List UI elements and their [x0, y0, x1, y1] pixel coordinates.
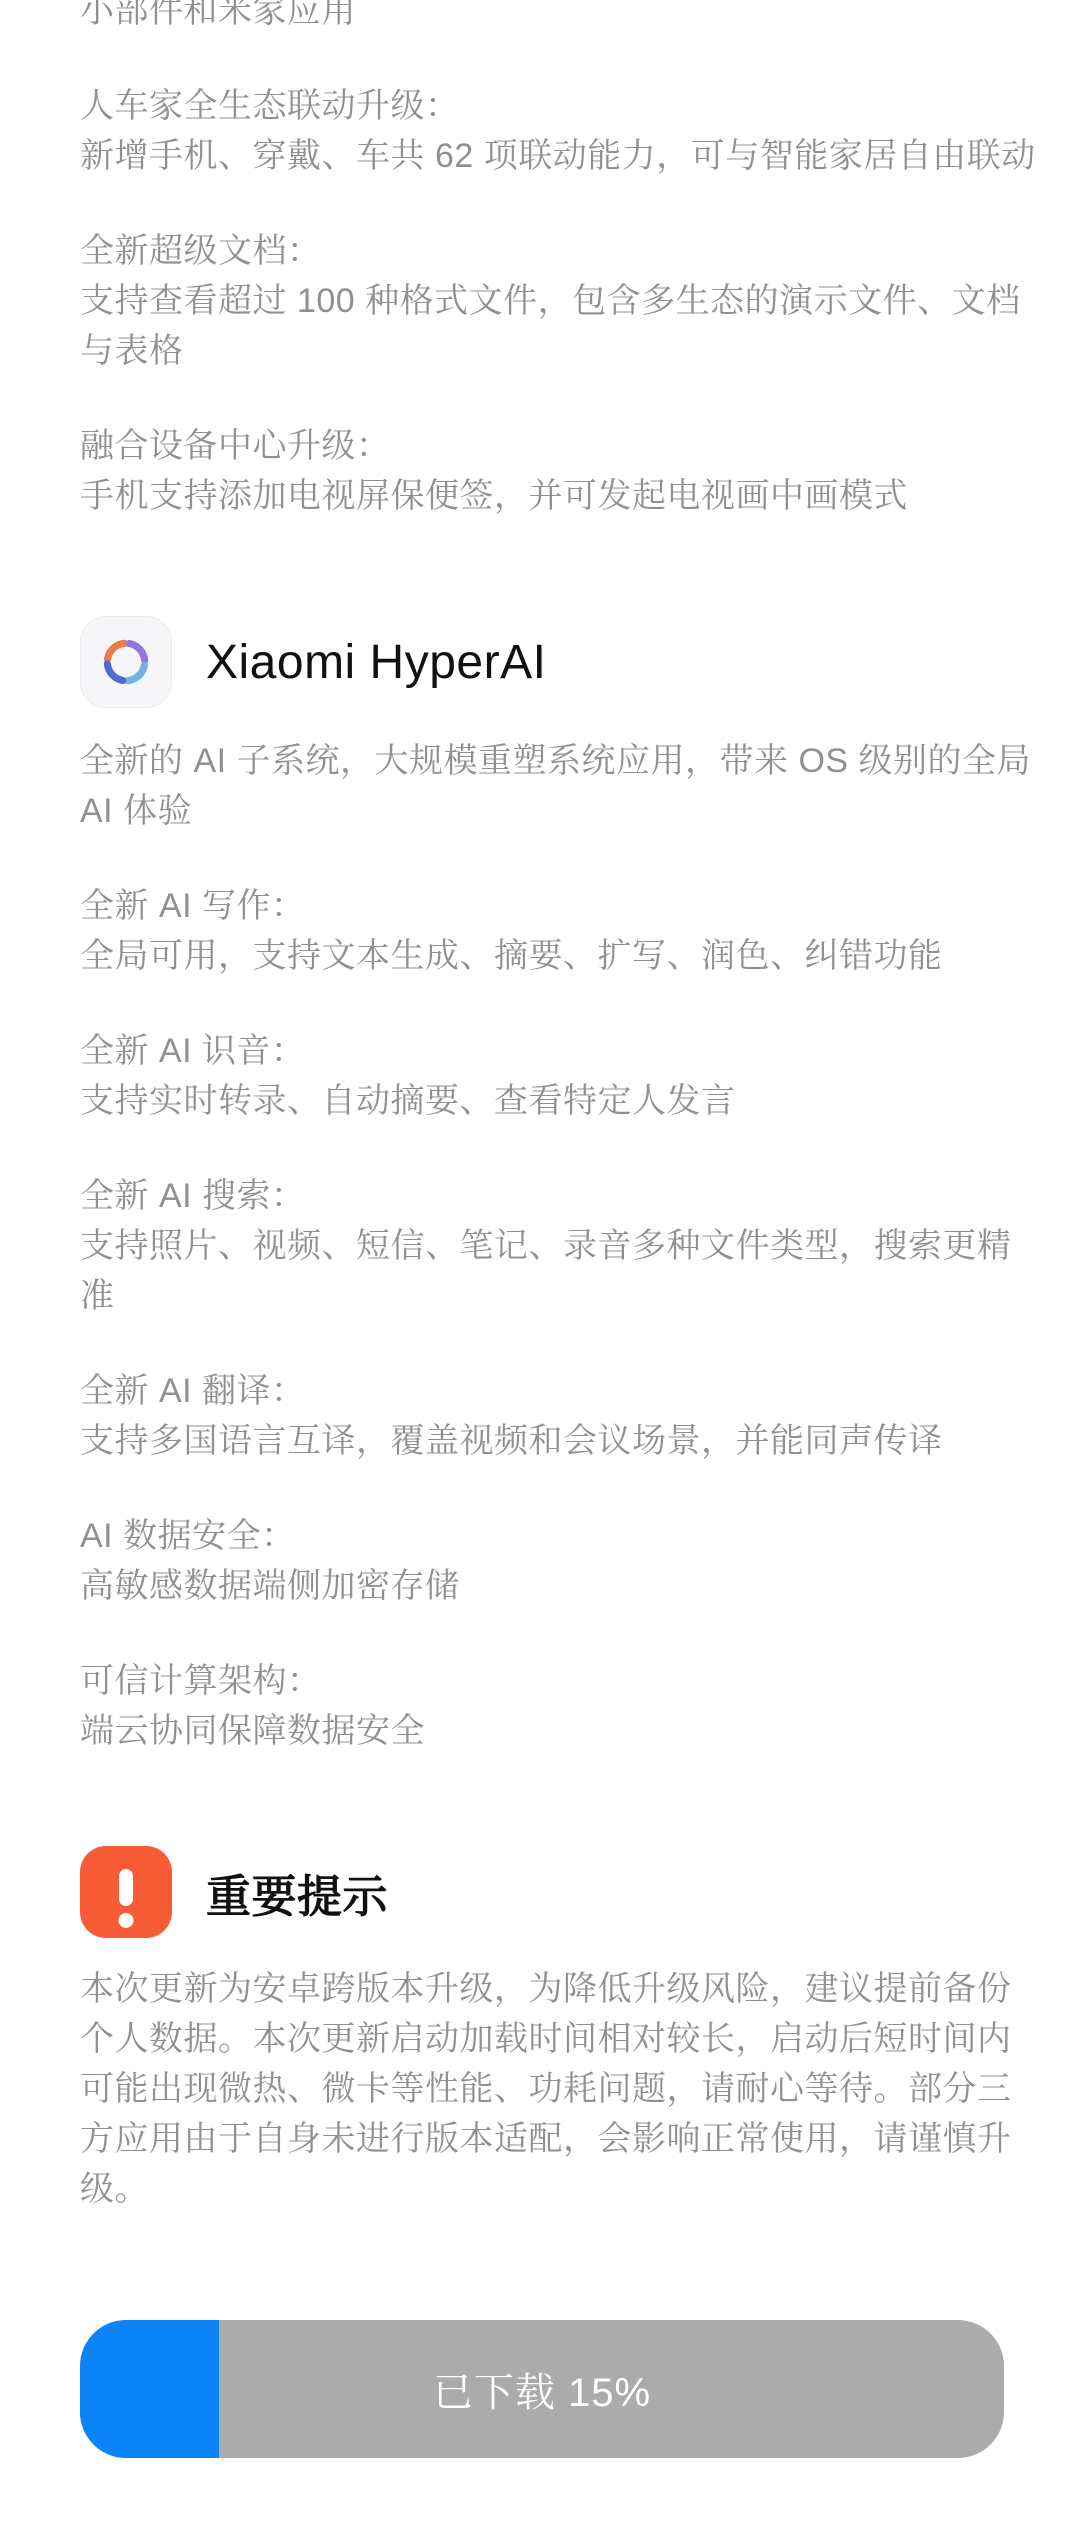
text-line: AI 数据安全： [80, 1511, 1004, 1561]
text-line: 全新 AI 翻译： [80, 1366, 1004, 1416]
important-notice-title: 重要提示 [206, 1860, 388, 1925]
hyperai-feature-list: 全新的 AI 子系统，大规模重塑系统应用，带来 OS 级别的全局AI 体验全新 … [80, 736, 1004, 1756]
text-line: 本次更新为安卓跨版本升级，为降低升级风险，建议提前备份 [80, 1964, 1004, 2014]
text-line: 支持实时转录、自动摘要、查看特定人发言 [80, 1076, 1004, 1126]
paragraph: 全新超级文档：支持查看超过 100 种格式文件，包含多生态的演示文件、文档与表格 [80, 226, 1004, 376]
paragraph: 人车家全生态联动升级：新增手机、穿戴、车共 62 项联动能力，可与智能家居自由联… [80, 81, 1004, 181]
text-line: 融合设备中心升级： [80, 421, 1004, 471]
paragraph: 全新 AI 搜索：支持照片、视频、短信、笔记、录音多种文件类型，搜索更精准 [80, 1171, 1004, 1321]
hyperai-section-header: Xiaomi HyperAI [80, 616, 1004, 708]
text-line: 端云协同保障数据安全 [80, 1706, 1004, 1756]
changelog-intro-section: 小部件和米家应用人车家全生态联动升级：新增手机、穿戴、车共 62 项联动能力，可… [80, 0, 1004, 521]
paragraph: 全新的 AI 子系统，大规模重塑系统应用，带来 OS 级别的全局AI 体验 [80, 736, 1004, 836]
text-line: 个人数据。本次更新启动加载时间相对较长，启动后短时间内 [80, 2014, 1004, 2064]
paragraph: 全新 AI 识音：支持实时转录、自动摘要、查看特定人发言 [80, 1026, 1004, 1126]
paragraph: 全新 AI 写作：全局可用，支持文本生成、摘要、扩写、润色、纠错功能 [80, 881, 1004, 981]
text-line: 可信计算架构： [80, 1656, 1004, 1706]
hyperai-swirl-glyph [90, 626, 162, 698]
text-line: 小部件和米家应用 [80, 0, 1004, 36]
text-line: 全新的 AI 子系统，大规模重塑系统应用，带来 OS 级别的全局 [80, 736, 1004, 786]
text-line: 全新 AI 识音： [80, 1026, 1004, 1076]
exclamation-dot [119, 1913, 134, 1928]
text-line: 全新超级文档： [80, 226, 1004, 276]
text-line: AI 体验 [80, 786, 1004, 836]
paragraph: 本次更新为安卓跨版本升级，为降低升级风险，建议提前备份个人数据。本次更新启动加载… [80, 1964, 1004, 2214]
text-line: 可能出现微热、微卡等性能、功耗问题，请耐心等待。部分三 [80, 2064, 1004, 2114]
paragraph: 小部件和米家应用 [80, 0, 1004, 36]
important-notice-header: 重要提示 [80, 1846, 1004, 1938]
text-line: 新增手机、穿戴、车共 62 项联动能力，可与智能家居自由联动 [80, 131, 1004, 181]
paragraph: 全新 AI 翻译：支持多国语言互译，覆盖视频和会议场景，并能同声传译 [80, 1366, 1004, 1466]
paragraph: 可信计算架构：端云协同保障数据安全 [80, 1656, 1004, 1756]
exclamation-bar [119, 1869, 133, 1906]
text-line: 手机支持添加电视屏保便签，并可发起电视画中画模式 [80, 471, 1004, 521]
text-line: 支持查看超过 100 种格式文件，包含多生态的演示文件、文档 [80, 276, 1004, 326]
text-line: 支持照片、视频、短信、笔记、录音多种文件类型，搜索更精 [80, 1221, 1004, 1271]
alert-icon [80, 1846, 172, 1938]
text-line: 支持多国语言互译，覆盖视频和会议场景，并能同声传译 [80, 1416, 1004, 1466]
text-line: 全新 AI 搜索： [80, 1171, 1004, 1221]
text-line: 方应用由于自身未进行版本适配，会影响正常使用，请谨慎升 [80, 2114, 1004, 2164]
changelog-content: 小部件和米家应用人车家全生态联动升级：新增手机、穿戴、车共 62 项联动能力，可… [0, 0, 1080, 2458]
text-line: 全新 AI 写作： [80, 881, 1004, 931]
text-line: 级。 [80, 2164, 1004, 2214]
download-progress-bar[interactable]: 已下载 15% [80, 2320, 1004, 2458]
update-notes-page: 小部件和米家应用人车家全生态联动升级：新增手机、穿戴、车共 62 项联动能力，可… [0, 0, 1080, 2535]
text-line: 人车家全生态联动升级： [80, 81, 1004, 131]
hyperai-section-title: Xiaomi HyperAI [206, 635, 546, 690]
download-progress-label: 已下载 15% [80, 2320, 1004, 2458]
text-line: 与表格 [80, 326, 1004, 376]
paragraph: 融合设备中心升级：手机支持添加电视屏保便签，并可发起电视画中画模式 [80, 421, 1004, 521]
text-line: 全局可用，支持文本生成、摘要、扩写、润色、纠错功能 [80, 931, 1004, 981]
important-notice-body: 本次更新为安卓跨版本升级，为降低升级风险，建议提前备份个人数据。本次更新启动加载… [80, 1964, 1004, 2214]
text-line: 高敏感数据端侧加密存储 [80, 1561, 1004, 1611]
paragraph: AI 数据安全：高敏感数据端侧加密存储 [80, 1511, 1004, 1611]
hyperai-logo-icon [80, 616, 172, 708]
text-line: 准 [80, 1271, 1004, 1321]
